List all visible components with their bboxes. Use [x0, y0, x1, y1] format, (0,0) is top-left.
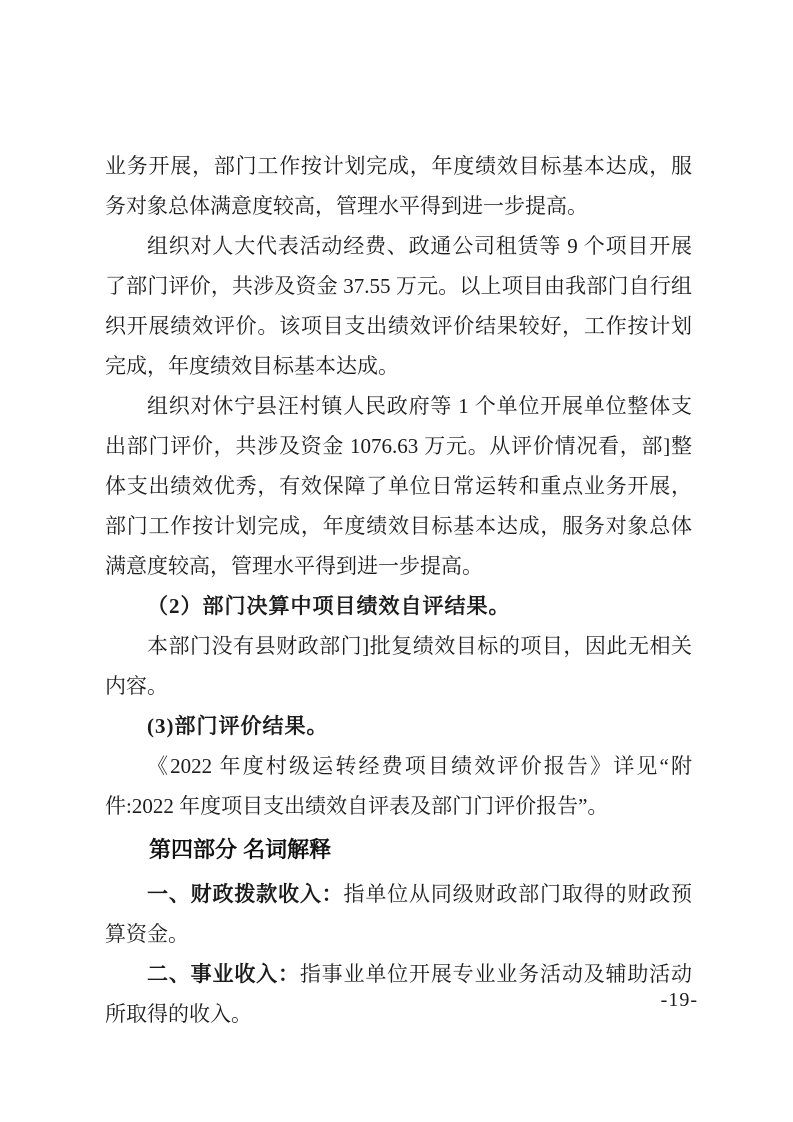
paragraph-continuation: 业务开展，部门工作按计划完成，年度绩效目标基本达成，服务对象总体满意度较高，管理… [105, 146, 692, 226]
definition-term: 一、财政拨款收入： [147, 882, 344, 906]
paragraph-no-related-content: 本部门没有县财政部门]批复绩效目标的项目，因此无相关内容。 [105, 626, 692, 706]
section-heading-part-four: 第四部分 名词解释 [105, 830, 692, 870]
paragraph-report-reference: 《2022 年度村级运转经费项目绩效评价报告》详见“附件:2022 年度项目支出… [105, 746, 692, 826]
page-number: -19- [661, 989, 698, 1012]
definition-term: 二、事业收入： [147, 962, 300, 986]
document-page: 业务开展，部门工作按计划完成，年度绩效目标基本达成，服务对象总体满意度较高，管理… [0, 0, 793, 1122]
subheading-department-evaluation-results: (3)部门评价结果。 [105, 706, 692, 746]
document-body: 业务开展，部门工作按计划完成，年度绩效目标基本达成，服务对象总体满意度较高，管理… [105, 146, 692, 1034]
subheading-self-evaluation-results: （2）部门决算中项目绩效自评结果。 [105, 586, 692, 626]
paragraph-unit-overall-evaluation: 组织对休宁县汪村镇人民政府等 1 个单位开展单位整体支出部门评价，共涉及资金 1… [105, 386, 692, 586]
definition-business-income: 二、事业收入：指事业单位开展专业业务活动及辅助活动所取得的收入。 [105, 954, 692, 1034]
definition-fiscal-appropriation-income: 一、财政拨款收入：指单位从同级财政部门取得的财政预算资金。 [105, 874, 692, 954]
paragraph-projects-evaluation: 组织对人大代表活动经费、政通公司租赁等 9 个项目开展了部门评价，共涉及资金 3… [105, 226, 692, 386]
